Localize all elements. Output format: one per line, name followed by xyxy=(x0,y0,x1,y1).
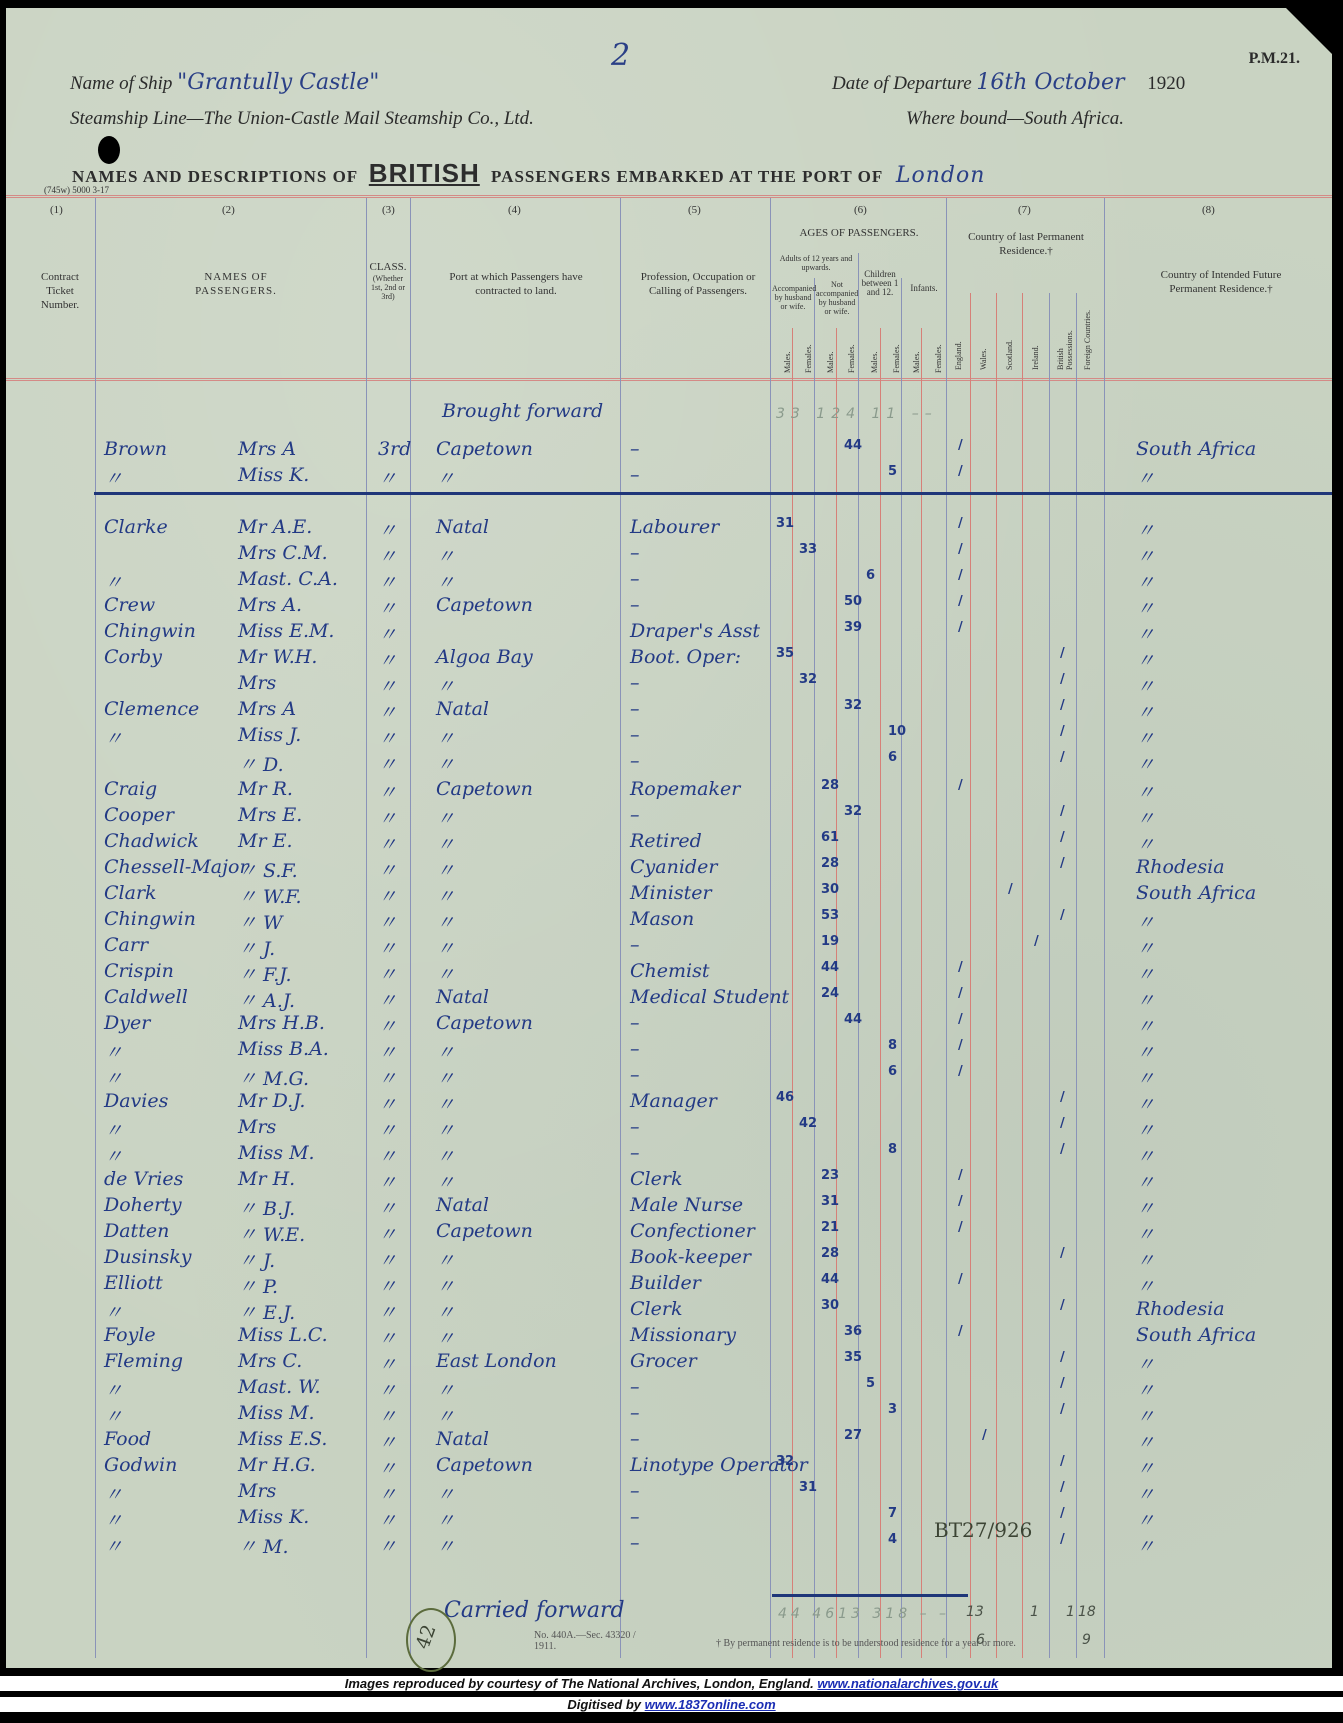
port-of-landing: 〃 xyxy=(436,1090,455,1117)
residence-tick: / xyxy=(958,594,963,609)
class: 〃 xyxy=(378,1454,397,1481)
table-row: 〃Miss K.〃〃–7/〃 xyxy=(6,1506,1332,1532)
residence-tick: / xyxy=(958,568,963,583)
class: 〃 xyxy=(378,1272,397,1299)
residence-tick: / xyxy=(1060,908,1065,923)
form-code: P.M.21. xyxy=(1249,50,1300,68)
age: 31 xyxy=(799,1480,817,1495)
occupation: – xyxy=(630,464,640,486)
credit-line-1: Images reproduced by courtesy of The Nat… xyxy=(0,1676,1343,1691)
occupation: – xyxy=(630,1142,640,1164)
port-of-landing: 〃 xyxy=(436,1142,455,1169)
class: 〃 xyxy=(378,724,397,751)
accompanied-heading: Accompanied by husband or wife. xyxy=(772,284,814,311)
class: 〃 xyxy=(378,646,397,673)
age: 31 xyxy=(821,1194,839,1209)
given-name: 〃 W.E. xyxy=(238,1220,305,1247)
class: 〃 xyxy=(378,960,397,987)
residence-tick: / xyxy=(1060,830,1065,845)
given-name: Mast. C.A. xyxy=(238,568,338,590)
future-residence: 〃 xyxy=(1136,542,1155,569)
occupation: – xyxy=(630,1012,640,1034)
given-name: Mrs C. xyxy=(238,1350,302,1372)
child-females: Females. xyxy=(892,344,901,373)
departure-date-field: Date of Departure 16th October 1920 xyxy=(832,70,1185,95)
table-row: CraigMr R.〃CapetownRopemaker28/〃 xyxy=(6,778,1332,804)
age: 19 xyxy=(821,934,839,949)
occupation: Medical Student xyxy=(630,986,789,1008)
given-name: Miss K. xyxy=(238,464,309,486)
table-row: 〃Miss B.A.〃〃–8/〃 xyxy=(6,1038,1332,1064)
port-of-landing: 〃 xyxy=(436,1246,455,1273)
table-row: CorbyMr W.H.〃Algoa BayBoot. Oper:35/〃 xyxy=(6,646,1332,672)
age: 5 xyxy=(888,464,897,479)
table-row: FoyleMiss L.C.〃〃Missionary36/South Afric… xyxy=(6,1324,1332,1350)
class: 〃 xyxy=(378,778,397,805)
ship-name: "Grantully Castle" xyxy=(177,70,379,95)
occupation: Clerk xyxy=(630,1298,682,1320)
table-row: 〃〃 E.J.〃〃Clerk30/Rhodesia xyxy=(6,1298,1332,1324)
residence-tick: / xyxy=(1060,672,1065,687)
future-residence: Rhodesia xyxy=(1136,856,1225,878)
future-residence: 〃 xyxy=(1136,934,1155,961)
embark-port: London xyxy=(896,163,986,188)
future-residence: 〃 xyxy=(1136,672,1155,699)
future-residence: 〃 xyxy=(1136,1168,1155,1195)
class: 〃 xyxy=(378,882,397,909)
col3-heading: CLASS. (Whether 1st, 2nd or 3rd) xyxy=(368,260,408,301)
future-residence: 〃 xyxy=(1136,516,1155,543)
port-of-landing: 〃 xyxy=(436,750,455,777)
class: 〃 xyxy=(378,1246,397,1273)
given-name: Mast. W. xyxy=(238,1376,321,1398)
future-residence: 〃 xyxy=(1136,750,1155,777)
given-name: 〃 S.F. xyxy=(238,856,298,883)
credit-line-2: Digitised by www.1837online.com xyxy=(0,1697,1343,1712)
class: 〃 xyxy=(378,1350,397,1377)
form-title: NAMES AND DESCRIPTIONS OF BRITISH PASSEN… xyxy=(72,158,985,189)
port-of-landing: 〃 xyxy=(436,882,455,909)
table-row: 〃Miss K.〃〃–5/〃 xyxy=(6,464,1332,490)
port-of-landing: Capetown xyxy=(436,1454,533,1476)
brought-forward-label: Brought forward xyxy=(442,400,603,422)
class: 〃 xyxy=(378,934,397,961)
surname: Caldwell xyxy=(104,986,188,1008)
given-name: Mrs xyxy=(238,1480,276,1502)
residence-tick: / xyxy=(1060,856,1065,871)
port-of-landing: Capetown xyxy=(436,1220,533,1242)
col8-number: (8) xyxy=(1202,204,1215,216)
given-name: 〃 D. xyxy=(238,750,284,777)
england-total: 13 xyxy=(966,1604,984,1620)
credit-text-2: Digitised by xyxy=(567,1697,641,1712)
table-row: Dusinsky〃 J.〃〃Book-keeper28/〃 xyxy=(6,1246,1332,1272)
departure-value: 16th October xyxy=(976,70,1124,95)
1837online-link[interactable]: www.1837online.com xyxy=(645,1697,776,1712)
future-residence: 〃 xyxy=(1136,1246,1155,1273)
port-of-landing: 〃 xyxy=(436,724,455,751)
surname: 〃 xyxy=(104,724,123,751)
credit-text-1: Images reproduced by courtesy of The Nat… xyxy=(345,1676,814,1691)
surname: 〃 xyxy=(104,1506,123,1533)
residence-tick: / xyxy=(1060,1142,1065,1157)
residence-tick: / xyxy=(958,1064,963,1079)
table-row: Mrs C.M.〃〃–33/〃 xyxy=(6,542,1332,568)
surname: Carr xyxy=(104,934,148,956)
future-residence: 〃 xyxy=(1136,620,1155,647)
given-name: Miss K. xyxy=(238,1506,309,1528)
age: 5 xyxy=(866,1376,875,1391)
residence-tick: / xyxy=(1034,934,1039,949)
class: 〃 xyxy=(378,1376,397,1403)
surname: Dyer xyxy=(104,1012,150,1034)
port-of-landing: 〃 xyxy=(436,672,455,699)
ship-name-field: Name of Ship "Grantully Castle" xyxy=(70,70,379,95)
class: 〃 xyxy=(378,908,397,935)
class: 〃 xyxy=(378,1090,397,1117)
res-wales: Wales. xyxy=(979,349,988,370)
age: 4 xyxy=(888,1532,897,1547)
col1-heading: Contract Ticket Number. xyxy=(34,270,86,312)
col3-label: CLASS. xyxy=(368,260,408,274)
age: 44 xyxy=(821,1272,839,1287)
given-name: 〃 B.J. xyxy=(238,1194,295,1221)
surname: Dusinsky xyxy=(104,1246,192,1268)
class: 〃 xyxy=(378,1220,397,1247)
table-row: Datten〃 W.E.〃CapetownConfectioner21/〃 xyxy=(6,1220,1332,1246)
table-row: ClarkeMr A.E.〃NatalLabourer31/〃 xyxy=(6,516,1332,542)
future-residence: 〃 xyxy=(1136,1116,1155,1143)
residence-tick: / xyxy=(958,1324,963,1339)
age: 8 xyxy=(888,1142,897,1157)
table-row: ChadwickMr E.〃〃Retired61/〃 xyxy=(6,830,1332,856)
class: 〃 xyxy=(378,568,397,595)
res-scotland: Scotland. xyxy=(1005,340,1014,370)
residence-tick: / xyxy=(1060,1480,1065,1495)
future-residence: Rhodesia xyxy=(1136,1298,1225,1320)
table-row: Chingwin〃 W〃〃Mason53/〃 xyxy=(6,908,1332,934)
port-of-landing: 〃 xyxy=(436,464,455,491)
residence-tick: / xyxy=(1060,1350,1065,1365)
age: 6 xyxy=(866,568,875,583)
age: 50 xyxy=(844,594,862,609)
given-name: 〃 J. xyxy=(238,934,275,961)
residence-tick: / xyxy=(1060,1116,1065,1131)
given-name: Mrs E. xyxy=(238,804,302,826)
residence-tick: / xyxy=(958,542,963,557)
future-residence: 〃 xyxy=(1136,1012,1155,1039)
occupation: – xyxy=(630,542,640,564)
age: 46 xyxy=(776,1090,794,1105)
given-name: 〃 W.F. xyxy=(238,882,302,909)
future-residence: 〃 xyxy=(1136,1428,1155,1455)
page-number: 2 xyxy=(611,38,630,73)
class: 〃 xyxy=(378,750,397,777)
occupation: Book-keeper xyxy=(630,1246,751,1268)
age: 23 xyxy=(821,1168,839,1183)
inf-males: Males. xyxy=(912,351,921,373)
given-name: Mr D.J. xyxy=(238,1090,305,1112)
age: 6 xyxy=(888,750,897,765)
class: 〃 xyxy=(378,594,397,621)
infants-heading: Infants. xyxy=(903,284,945,293)
table-row: DyerMrs H.B.〃Capetown–44/〃 xyxy=(6,1012,1332,1038)
given-name: 〃 P. xyxy=(238,1272,278,1299)
surname: 〃 xyxy=(104,1064,123,1091)
table-row: 〃 D.〃〃–6/〃 xyxy=(6,750,1332,776)
table-row: 〃〃 M.〃〃–4/〃 xyxy=(6,1532,1332,1558)
class: 〃 xyxy=(378,698,397,725)
future-residence: South Africa xyxy=(1136,882,1256,904)
occupation: – xyxy=(630,672,640,694)
residence-tick: / xyxy=(958,960,963,975)
surname: Brown xyxy=(104,438,167,460)
given-name: Miss L.C. xyxy=(238,1324,328,1346)
future-residence: 〃 xyxy=(1136,1376,1155,1403)
surname: Foyle xyxy=(104,1324,156,1346)
age: 30 xyxy=(821,1298,839,1313)
port-of-landing: East London xyxy=(436,1350,557,1372)
surname: 〃 xyxy=(104,1298,123,1325)
surname: Food xyxy=(104,1428,151,1450)
surname: 〃 xyxy=(104,464,123,491)
class: 〃 xyxy=(378,804,397,831)
surname: Elliott xyxy=(104,1272,163,1294)
given-name: Mrs xyxy=(238,672,276,694)
not-accompanied-heading: Not accompanied by husband or wife. xyxy=(816,280,858,316)
occupation: Boot. Oper: xyxy=(630,646,741,668)
occupation: – xyxy=(630,750,640,772)
future-residence: South Africa xyxy=(1136,1324,1256,1346)
table-row: Doherty〃 B.J.〃NatalMale Nurse31/〃 xyxy=(6,1194,1332,1220)
table-row: 〃Miss J.〃〃–10/〃 xyxy=(6,724,1332,750)
table-row: Chessell-Major〃 S.F.〃〃Cyanider28/Rhodesi… xyxy=(6,856,1332,882)
table-row: FlemingMrs C.〃East LondonGrocer35/〃 xyxy=(6,1350,1332,1376)
port-of-landing: 〃 xyxy=(436,1480,455,1507)
residence-tick: / xyxy=(1060,646,1065,661)
table-row: 〃〃 M.G.〃〃–6/〃 xyxy=(6,1064,1332,1090)
given-name: 〃 F.J. xyxy=(238,960,291,987)
port-of-landing: 〃 xyxy=(436,1168,455,1195)
port-of-landing: 〃 xyxy=(436,1376,455,1403)
section-divider xyxy=(94,492,1332,495)
surname: Godwin xyxy=(104,1454,177,1476)
surname: 〃 xyxy=(104,1142,123,1169)
bp-total-a: 1 xyxy=(1066,1604,1075,1620)
table-row: Carr〃 J.〃〃–19/〃 xyxy=(6,934,1332,960)
port-of-landing: 〃 xyxy=(436,1402,455,1429)
table-row: de VriesMr H.〃〃Clerk23/〃 xyxy=(6,1168,1332,1194)
col7-number: (7) xyxy=(1018,204,1031,216)
residence-tick: / xyxy=(1060,1246,1065,1261)
class: 〃 xyxy=(378,1298,397,1325)
future-residence: 〃 xyxy=(1136,1506,1155,1533)
given-name: Mr H. xyxy=(238,1168,295,1190)
port-of-landing: Capetown xyxy=(436,1012,533,1034)
departure-year: 1920 xyxy=(1147,73,1185,94)
surname: de Vries xyxy=(104,1168,183,1190)
passenger-list-page: 2 P.M.21. Name of Ship "Grantully Castle… xyxy=(6,8,1332,1668)
class: 〃 xyxy=(378,1532,397,1559)
occupation: Clerk xyxy=(630,1168,682,1190)
table-row: ChingwinMiss E.M.〃Draper's Asst39/〃 xyxy=(6,620,1332,646)
class: 〃 xyxy=(378,1506,397,1533)
residence-tick: / xyxy=(958,464,963,479)
residence-tick: / xyxy=(1060,1532,1065,1547)
occupation: Retired xyxy=(630,830,702,852)
title-suffix: PASSENGERS EMBARKED AT THE PORT OF xyxy=(491,167,883,186)
age: 33 xyxy=(799,542,817,557)
future-residence: 〃 xyxy=(1136,594,1155,621)
given-name: 〃 A.J. xyxy=(238,986,295,1013)
residence-tick: / xyxy=(958,516,963,531)
surname: Fleming xyxy=(104,1350,183,1372)
age: 32 xyxy=(844,698,862,713)
port-of-landing: 〃 xyxy=(436,568,455,595)
occupation: – xyxy=(630,1428,640,1450)
age: 31 xyxy=(776,516,794,531)
national-archives-link[interactable]: www.nationalarchives.gov.uk xyxy=(817,1676,998,1691)
residence-tick: / xyxy=(1060,1376,1065,1391)
port-of-landing: 〃 xyxy=(436,856,455,883)
port-of-landing: 〃 xyxy=(436,1298,455,1325)
occupation: – xyxy=(630,1064,640,1086)
age: 8 xyxy=(888,1038,897,1053)
inf-females: Females. xyxy=(934,344,943,373)
class: 〃 xyxy=(378,516,397,543)
age: 6 xyxy=(888,1064,897,1079)
table-row: Crispin〃 F.J.〃〃Chemist44/〃 xyxy=(6,960,1332,986)
occupation: Cyanider xyxy=(630,856,717,878)
future-residence: South Africa xyxy=(1136,438,1256,460)
given-name: Mr H.G. xyxy=(238,1454,316,1476)
class: 〃 xyxy=(378,1402,397,1429)
occupation: Confectioner xyxy=(630,1220,755,1242)
occupation: – xyxy=(630,438,640,460)
age: 10 xyxy=(888,724,906,739)
residence-tick: / xyxy=(1060,1298,1065,1313)
surname: Clemence xyxy=(104,698,199,720)
ship-label: Name of Ship xyxy=(70,73,172,94)
steamship-line: Steamship Line—The Union-Castle Mail Ste… xyxy=(70,108,534,130)
table-row: 〃Miss M.〃〃–8/〃 xyxy=(6,1142,1332,1168)
class: 〃 xyxy=(378,830,397,857)
port-of-landing: Capetown xyxy=(436,594,533,616)
age: 28 xyxy=(821,1246,839,1261)
residence-tick: / xyxy=(958,1012,963,1027)
occupation: – xyxy=(630,568,640,590)
surname: 〃 xyxy=(104,1116,123,1143)
surname: Crispin xyxy=(104,960,174,982)
age: 30 xyxy=(821,882,839,897)
table-row: CooperMrs E.〃〃–32/〃 xyxy=(6,804,1332,830)
col7-heading: Country of last Permanent Residence.† xyxy=(951,230,1101,258)
archive-reference: BT27/926 xyxy=(934,1518,1032,1542)
port-of-landing: Capetown xyxy=(436,438,533,460)
occupation: Draper's Asst xyxy=(630,620,760,642)
col4-heading: Port at which Passengers have contracted… xyxy=(436,270,596,298)
table-row: 〃Mrs〃〃–42/〃 xyxy=(6,1116,1332,1142)
port-of-landing: 〃 xyxy=(436,934,455,961)
table-row: Mrs〃〃–32/〃 xyxy=(6,672,1332,698)
acc-males: Males. xyxy=(783,351,792,373)
residence-tick: / xyxy=(958,620,963,635)
class: 〃 xyxy=(378,856,397,883)
future-residence: 〃 xyxy=(1136,1142,1155,1169)
given-name: Mr W.H. xyxy=(238,646,317,668)
occupation: Minister xyxy=(630,882,712,904)
age: 21 xyxy=(821,1220,839,1235)
future-residence: 〃 xyxy=(1136,1272,1155,1299)
footnote: † By permanent residence is to be unders… xyxy=(716,1638,1016,1649)
given-name: 〃 J. xyxy=(238,1246,275,1273)
residence-tick: / xyxy=(1060,1454,1065,1469)
occupation: – xyxy=(630,724,640,746)
age: 53 xyxy=(821,908,839,923)
port-of-landing: 〃 xyxy=(436,1506,455,1533)
future-residence: 〃 xyxy=(1136,960,1155,987)
future-residence: 〃 xyxy=(1136,568,1155,595)
surname: Chadwick xyxy=(104,830,199,852)
class: 〃 xyxy=(378,1324,397,1351)
class: 〃 xyxy=(378,1194,397,1221)
occupation: Missionary xyxy=(630,1324,736,1346)
res-ireland: Ireland. xyxy=(1031,345,1040,370)
class: 〃 xyxy=(378,1480,397,1507)
future-residence: 〃 xyxy=(1136,724,1155,751)
res-england: England. xyxy=(954,341,963,370)
port-of-landing: Natal xyxy=(436,516,489,538)
class: 〃 xyxy=(378,1168,397,1195)
occupation: – xyxy=(630,1532,640,1554)
age: 42 xyxy=(799,1116,817,1131)
occupation: Chemist xyxy=(630,960,710,982)
brought-forward-totals: 33 124 11 –– xyxy=(776,406,938,422)
table-row: ClemenceMrs A〃Natal–32/〃 xyxy=(6,698,1332,724)
age: 7 xyxy=(888,1506,897,1521)
port-of-landing: 〃 xyxy=(436,960,455,987)
col1-number: (1) xyxy=(50,204,63,216)
future-residence: 〃 xyxy=(1136,908,1155,935)
table-row: GodwinMr H.G.〃CapetownLinotype Operator3… xyxy=(6,1454,1332,1480)
given-name: Miss J. xyxy=(238,724,301,746)
surname: Craig xyxy=(104,778,157,800)
residence-tick: / xyxy=(958,1194,963,1209)
occupation: – xyxy=(630,698,640,720)
occupation: – xyxy=(630,1402,640,1424)
surname: Clark xyxy=(104,882,157,904)
nacc-females: Females. xyxy=(847,344,856,373)
header-top-rule xyxy=(6,195,1332,198)
age: 32 xyxy=(776,1454,794,1469)
port-of-landing: 〃 xyxy=(436,1038,455,1065)
future-residence: 〃 xyxy=(1136,778,1155,805)
age: 44 xyxy=(821,960,839,975)
age: 36 xyxy=(844,1324,862,1339)
residence-tick: / xyxy=(1060,724,1065,739)
residence-tick: / xyxy=(1060,804,1065,819)
port-of-landing: Capetown xyxy=(436,778,533,800)
departure-label: Date of Departure xyxy=(832,73,972,94)
residence-tick: / xyxy=(1060,1090,1065,1105)
given-name: Mrs A xyxy=(238,698,296,720)
given-name: Mr E. xyxy=(238,830,293,852)
print-code: (745w) 5000 3-17 xyxy=(44,185,109,195)
adults-heading: Adults of 12 years and upwards. xyxy=(774,254,858,272)
col3-sub: (Whether 1st, 2nd or 3rd) xyxy=(368,274,408,301)
future-residence: 〃 xyxy=(1136,1480,1155,1507)
class: 〃 xyxy=(378,1116,397,1143)
